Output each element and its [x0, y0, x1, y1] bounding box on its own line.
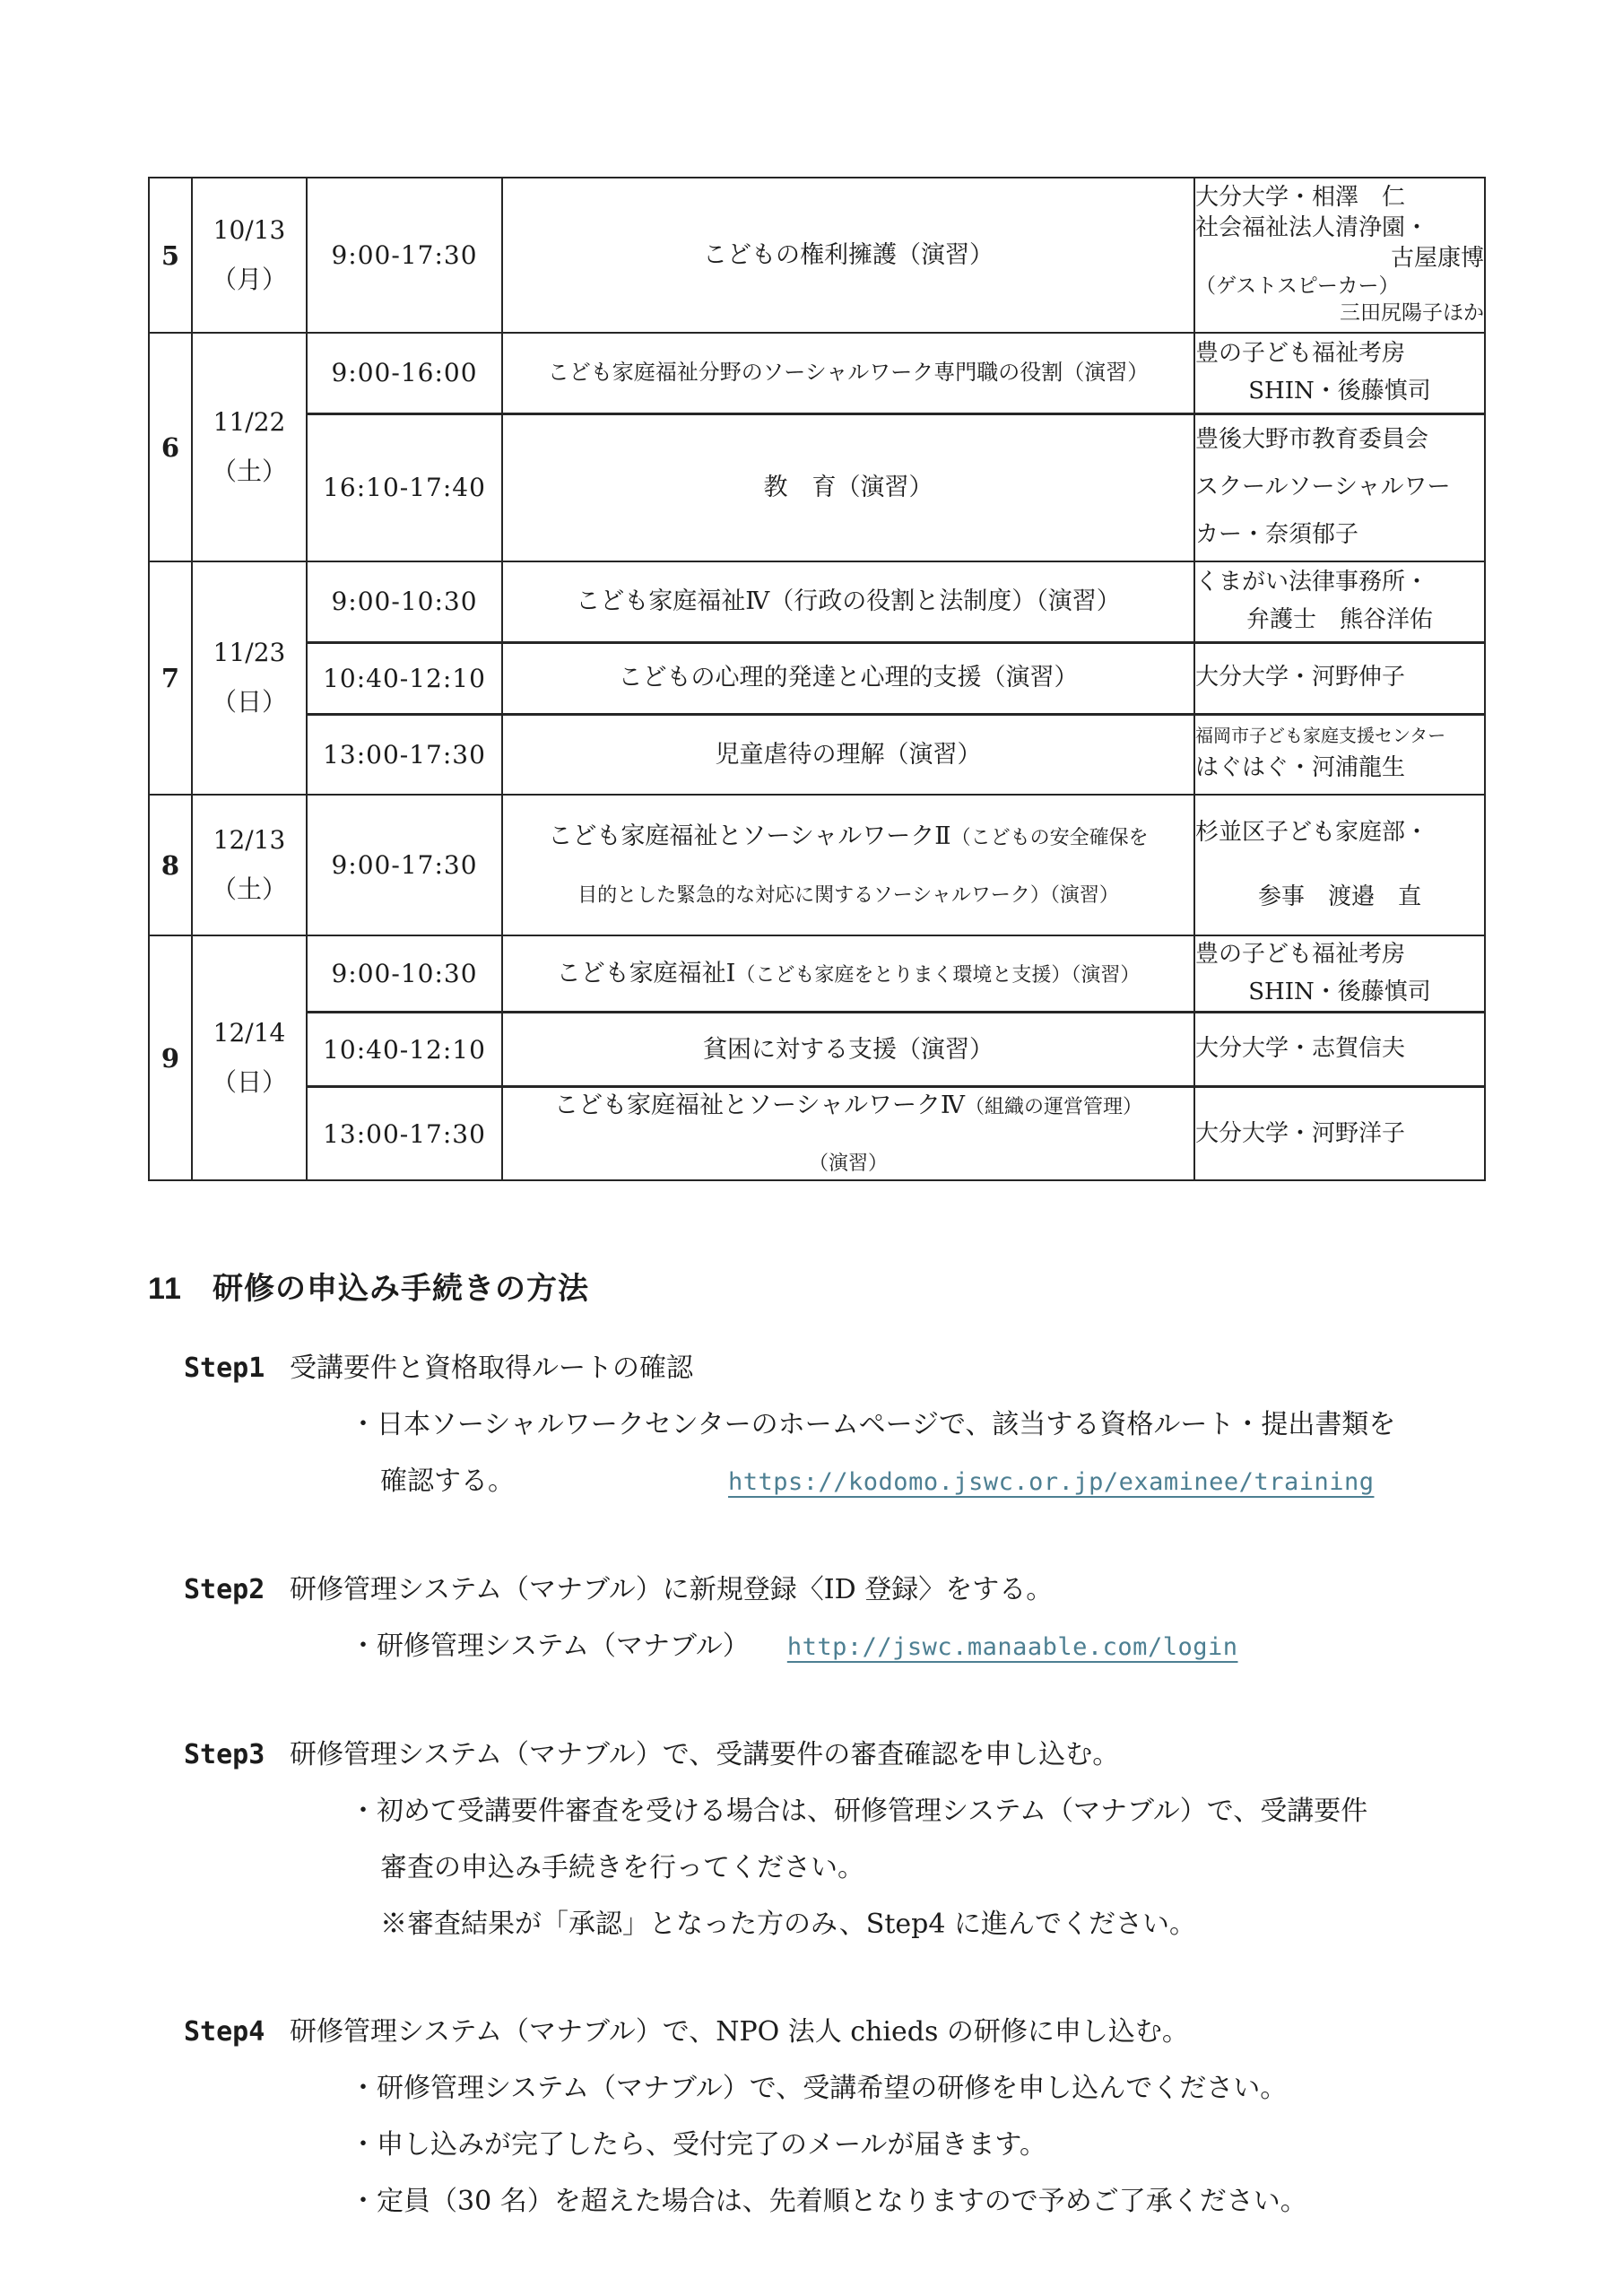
session-time: 13:00-17:30	[307, 714, 502, 795]
session-time: 10:40-12:10	[307, 1013, 502, 1087]
section-title: 研修の申込み手続きの方法	[213, 1272, 589, 1306]
instructor-line: SHIN・後藤慎司	[1195, 373, 1484, 411]
step3-line2: 審査の申込み手続きを行ってください。	[380, 1839, 1484, 1896]
step4-block: Step4研修管理システム（マナブル）で、NPO 法人 chieds の研修に申…	[148, 2004, 1484, 2230]
step2-block: Step2研修管理システム（マナブル）に新規登録〈ID 登録〉をする。 ・研修管…	[148, 1561, 1484, 1675]
session-title: 児童虐待の理解（演習）	[502, 714, 1194, 795]
training-route-link[interactable]: https://kodomo.jswc.or.jp/examinee/train…	[728, 1468, 1374, 1496]
date-value: 10/13	[193, 206, 306, 256]
title-subtext: （こどもの安全確保を	[951, 827, 1149, 849]
instructor-line: くまがい法律事務所・	[1195, 564, 1484, 602]
date-value: 11/22	[193, 398, 306, 448]
session-date: 12/14 （日）	[192, 935, 307, 1180]
manaable-login-link[interactable]: http://jswc.manaable.com/login	[787, 1633, 1238, 1661]
date-weekday: （日）	[193, 1058, 306, 1108]
date-value: 12/13	[193, 816, 306, 865]
session-time: 9:00-10:30	[307, 935, 502, 1013]
instructor-line: 大分大学・志賀信夫	[1195, 1031, 1484, 1068]
step1-label: Step1	[184, 1340, 290, 1396]
session-date: 10/13 （月）	[192, 178, 307, 333]
session-instructors: 豊の子ども福祉考房 SHIN・後藤慎司	[1194, 935, 1485, 1013]
session-number: 5	[149, 178, 192, 333]
session-title: 教 育（演習）	[502, 413, 1194, 561]
session-time: 9:00-17:30	[307, 795, 502, 935]
title-text: こども家庭福祉分野のソーシャルワーク専門職の役割（演習）	[548, 360, 1150, 385]
session-date: 11/22 （土）	[192, 333, 307, 561]
title-subtext: （組織の運営管理）	[965, 1096, 1142, 1118]
step4-label: Step4	[184, 2004, 290, 2060]
instructor-line: 古屋康博	[1195, 244, 1484, 274]
application-section: 11研修の申込み手続きの方法 Step1受講要件と資格取得ルートの確認 ・日本ソ…	[148, 1264, 1484, 2230]
table-row: 8 12/13 （土） 9:00-17:30 こども家庭福祉とソーシャルワークⅡ…	[149, 795, 1485, 935]
session-instructors: 豊後大野市教育委員会 スクールソーシャルワー カー・奈須郁子	[1194, 413, 1485, 561]
instructor-line: 豊の子ども福祉考房	[1195, 936, 1484, 974]
session-instructors: 豊の子ども福祉考房 SHIN・後藤慎司	[1194, 333, 1485, 413]
step-heading-line: Step1受講要件と資格取得ルートの確認	[148, 1340, 1484, 1396]
step1-line2: 確認する。https://kodomo.jswc.or.jp/examinee/…	[380, 1453, 1484, 1510]
step3-label: Step3	[184, 1726, 290, 1783]
session-number: 6	[149, 333, 192, 561]
table-row: 10:40-12:10 貧困に対する支援（演習） 大分大学・志賀信夫	[149, 1013, 1485, 1087]
step2-bullet: ・研修管理システム（マナブル）http://jswc.manaable.com/…	[350, 1618, 1484, 1675]
session-title: こども家庭福祉とソーシャルワークⅣ（組織の運営管理） （演習）	[502, 1087, 1194, 1181]
date-value: 11/23	[193, 629, 306, 678]
session-instructors: 大分大学・志賀信夫	[1194, 1013, 1485, 1087]
title-text: こども家庭福祉とソーシャルワークⅣ	[554, 1091, 965, 1119]
session-time: 9:00-10:30	[307, 561, 502, 642]
instructor-line: 豊後大野市教育委員会	[1195, 416, 1484, 464]
session-title: こども家庭福祉Ⅰ（こども家庭をとりまく環境と支援）（演習）	[502, 935, 1194, 1013]
session-title: こども家庭福祉とソーシャルワークⅡ（こどもの安全確保を 目的とした緊急的な対応に…	[502, 795, 1194, 935]
step3-block: Step3研修管理システム（マナブル）で、受講要件の審査確認を申し込む。 ・初め…	[148, 1726, 1484, 1952]
instructor-line: 三田尻陽子ほか	[1195, 300, 1484, 327]
schedule-table: 5 10/13 （月） 9:00-17:30 こどもの権利擁護（演習） 大分大学…	[148, 177, 1486, 1181]
instructor-line: スクールソーシャルワー	[1195, 464, 1484, 511]
step-heading-line: Step2研修管理システム（マナブル）に新規登録〈ID 登録〉をする。	[148, 1561, 1484, 1618]
session-instructors: 福岡市子ども家庭支援センター はぐはぐ・河浦龍生	[1194, 714, 1485, 795]
step4-heading: 研修管理システム（マナブル）で、NPO 法人 chieds の研修に申し込む。	[290, 2016, 1189, 2048]
instructor-line: 弁護士 熊谷洋佑	[1195, 602, 1484, 639]
section-heading: 11研修の申込み手続きの方法	[148, 1264, 1484, 1308]
step4-bullet: ・申し込みが完了したら、受付完了のメールが届きます。	[350, 2117, 1484, 2173]
session-number: 8	[149, 795, 192, 935]
step4-bullet: ・研修管理システム（マナブル）で、受講希望の研修を申し込んでください。	[350, 2060, 1484, 2117]
session-time: 16:10-17:40	[307, 413, 502, 561]
instructor-line: 大分大学・河野洋子	[1195, 1116, 1484, 1153]
date-value: 12/14	[193, 1009, 306, 1058]
session-instructors: 大分大学・河野伸子	[1194, 642, 1485, 714]
instructor-line: カー・奈須郁子	[1195, 511, 1484, 559]
session-date: 11/23 （日）	[192, 561, 307, 795]
step2-label: Step2	[184, 1561, 290, 1618]
session-number: 7	[149, 561, 192, 795]
instructor-line: 杉並区子ども家庭部・	[1195, 801, 1484, 865]
title-subtext: （こども家庭をとりまく環境と支援）（演習）	[735, 964, 1140, 987]
instructor-line: 大分大学・相澤 仁	[1195, 183, 1484, 213]
session-title: 貧困に対する支援（演習）	[502, 1013, 1194, 1087]
title-text: こどもの権利擁護（演習）	[703, 241, 994, 269]
title-text: こども家庭福祉Ⅳ（行政の役割と法制度）（演習）	[576, 587, 1120, 615]
step3-heading: 研修管理システム（マナブル）で、受講要件の審査確認を申し込む。	[290, 1739, 1119, 1770]
step3-bullet: ・初めて受講要件審査を受ける場合は、研修管理システム（マナブル）で、受講要件	[350, 1783, 1484, 1839]
session-date: 12/13 （土）	[192, 795, 307, 935]
step3-note: ※審査結果が「承認」となった方のみ、Step4 に進んでください。	[380, 1896, 1484, 1952]
section-number: 11	[148, 1272, 182, 1307]
step2-heading: 研修管理システム（マナブル）に新規登録〈ID 登録〉をする。	[290, 1574, 1053, 1605]
title-text: こども家庭福祉とソーシャルワークⅡ	[548, 822, 950, 850]
step1-block: Step1受講要件と資格取得ルートの確認 ・日本ソーシャルワークセンターのホーム…	[148, 1340, 1484, 1510]
date-weekday: （月）	[193, 256, 306, 305]
session-time: 13:00-17:30	[307, 1087, 502, 1181]
step1-bullet: ・日本ソーシャルワークセンターのホームページで、該当する資格ルート・提出書類を	[350, 1396, 1484, 1453]
session-title: こどもの心理的発達と心理的支援（演習）	[502, 642, 1194, 714]
session-instructors: くまがい法律事務所・ 弁護士 熊谷洋佑	[1194, 561, 1485, 642]
title-text: 教 育（演習）	[764, 474, 933, 501]
session-instructors: 杉並区子ども家庭部・ 参事 渡邉 直	[1194, 795, 1485, 935]
step-heading-line: Step3研修管理システム（マナブル）で、受講要件の審査確認を申し込む。	[148, 1726, 1484, 1783]
date-weekday: （土）	[193, 448, 306, 497]
table-row: 13:00-17:30 児童虐待の理解（演習） 福岡市子ども家庭支援センター は…	[149, 714, 1485, 795]
instructor-line: SHIN・後藤慎司	[1195, 974, 1484, 1012]
session-time: 9:00-16:00	[307, 333, 502, 413]
document-page: 5 10/13 （月） 9:00-17:30 こどもの権利擁護（演習） 大分大学…	[0, 0, 1623, 2230]
step1-heading: 受講要件と資格取得ルートの確認	[290, 1352, 693, 1384]
step-heading-line: Step4研修管理システム（マナブル）で、NPO 法人 chieds の研修に申…	[148, 2004, 1484, 2060]
instructor-line: 社会福祉法人清浄園・	[1195, 213, 1484, 244]
title-line2: （演習）	[809, 1152, 888, 1175]
step1-line2-text: 確認する。	[380, 1465, 515, 1497]
table-row: 6 11/22 （土） 9:00-16:00 こども家庭福祉分野のソーシャルワー…	[149, 333, 1485, 413]
table-row: 9 12/14 （日） 9:00-10:30 こども家庭福祉Ⅰ（こども家庭をとり…	[149, 935, 1485, 1013]
session-time: 10:40-12:10	[307, 642, 502, 714]
instructor-line: はぐはぐ・河浦龍生	[1195, 750, 1484, 787]
table-row: 13:00-17:30 こども家庭福祉とソーシャルワークⅣ（組織の運営管理） （…	[149, 1087, 1485, 1181]
instructor-line: 参事 渡邉 直	[1195, 865, 1484, 930]
title-text: こども家庭福祉Ⅰ	[557, 960, 736, 987]
title-text: こどもの心理的発達と心理的支援（演習）	[619, 664, 1079, 691]
instructor-line: 福岡市子ども家庭支援センター	[1195, 721, 1484, 750]
instructor-line: 豊の子ども福祉考房	[1195, 335, 1484, 373]
table-row: 5 10/13 （月） 9:00-17:30 こどもの権利擁護（演習） 大分大学…	[149, 178, 1485, 333]
title-text: 児童虐待の理解（演習）	[716, 741, 982, 769]
title-line2: 目的とした緊急的な対応に関するソーシャルワーク）（演習）	[577, 884, 1119, 907]
instructor-line: 大分大学・河野伸子	[1195, 659, 1484, 697]
table-row: 7 11/23 （日） 9:00-10:30 こども家庭福祉Ⅳ（行政の役割と法制…	[149, 561, 1485, 642]
session-number: 9	[149, 935, 192, 1180]
instructor-line: （ゲストスピーカー）	[1195, 274, 1484, 300]
step4-bullet: ・定員（30 名）を超えた場合は、先着順となりますので予めご了承ください。	[350, 2173, 1484, 2230]
step2-bullet-text: ・研修管理システム（マナブル）	[350, 1631, 750, 1662]
session-instructors: 大分大学・河野洋子	[1194, 1087, 1485, 1181]
title-text: 貧困に対する支援（演習）	[703, 1036, 994, 1064]
table-row: 10:40-12:10 こどもの心理的発達と心理的支援（演習） 大分大学・河野伸…	[149, 642, 1485, 714]
session-title: こどもの権利擁護（演習）	[502, 178, 1194, 333]
session-time: 9:00-17:30	[307, 178, 502, 333]
session-title: こども家庭福祉Ⅳ（行政の役割と法制度）（演習）	[502, 561, 1194, 642]
session-instructors: 大分大学・相澤 仁 社会福祉法人清浄園・ 古屋康博 （ゲストスピーカー） 三田尻…	[1194, 178, 1485, 333]
date-weekday: （日）	[193, 678, 306, 727]
date-weekday: （土）	[193, 865, 306, 915]
session-title: こども家庭福祉分野のソーシャルワーク専門職の役割（演習）	[502, 333, 1194, 413]
table-row: 16:10-17:40 教 育（演習） 豊後大野市教育委員会 スクールソーシャル…	[149, 413, 1485, 561]
